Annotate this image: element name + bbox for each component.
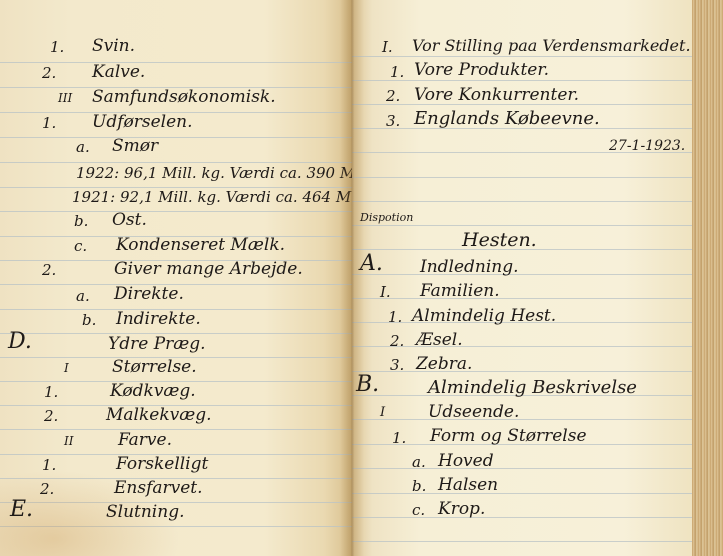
- outline-text: Kalve.: [92, 62, 145, 82]
- outline-text: Almindelig Hest.: [412, 306, 556, 326]
- outline-marker: a.: [76, 286, 90, 306]
- outline-marker: II: [64, 431, 73, 451]
- ruled-line: [352, 56, 692, 57]
- outline-marker: 1.: [42, 455, 56, 475]
- outline-text: Slutning.: [106, 502, 184, 522]
- outline-text: Vore Produkter.: [414, 60, 549, 80]
- disposition-label: Dispotion: [360, 208, 413, 228]
- outline-marker: 3.: [386, 111, 400, 131]
- outline-marker: 3.: [390, 355, 404, 375]
- ruled-line: [352, 177, 692, 178]
- ruled-line: [0, 137, 352, 138]
- outline-text: Englands Købeevne.: [414, 109, 600, 129]
- outline-marker: 1.: [390, 62, 404, 82]
- outline-text: Halsen: [438, 475, 498, 495]
- export-figure-1922: 1922: 96,1 Mill. kg. Værdi ca. 390 Mill.: [76, 163, 352, 183]
- outline-marker: I.: [380, 282, 391, 302]
- ruled-line: [352, 541, 692, 542]
- outline-marker: 2.: [42, 63, 56, 83]
- outline-marker: 1.: [42, 113, 56, 133]
- outline-text: Vore Konkurrenter.: [414, 85, 579, 105]
- outline-text: Almindelig Beskrivelse: [428, 378, 637, 398]
- outline-marker: 2.: [386, 86, 400, 106]
- ruled-line: [0, 211, 352, 212]
- ruled-line: [352, 298, 692, 299]
- outline-text: Æsel.: [416, 330, 463, 350]
- outline-marker: 1.: [392, 428, 406, 448]
- entry-date: 27-1-1923.: [609, 136, 685, 156]
- page-edges: [692, 0, 723, 556]
- outline-marker: I: [380, 403, 385, 423]
- outline-text: Kødkvæg.: [110, 381, 196, 401]
- essay-title: Hesten.: [462, 230, 537, 250]
- outline-text: Udseende.: [428, 402, 519, 422]
- outline-marker: 1.: [44, 382, 58, 402]
- outline-text: Form og Størrelse: [430, 426, 587, 446]
- outline-marker: b.: [82, 310, 96, 330]
- outline-marker: b.: [412, 476, 426, 496]
- ruled-line: [352, 493, 692, 494]
- ruled-line: [0, 429, 352, 430]
- section-marker: E.: [10, 500, 33, 520]
- outline-marker: I: [64, 358, 69, 378]
- outline-marker: 1.: [50, 37, 64, 57]
- outline-text: Vor Stilling paa Verdensmarkedet.: [412, 36, 691, 56]
- outline-text: Farve.: [118, 430, 172, 450]
- outline-marker: III: [58, 88, 72, 108]
- outline-text: Forskelligt: [116, 454, 208, 474]
- outline-text: Ydre Præg.: [108, 334, 206, 354]
- export-figure-1921: 1921: 92,1 Mill. kg. Værdi ca. 464 Mill.: [72, 187, 352, 207]
- outline-marker: b.: [74, 211, 88, 231]
- outline-text: Ost.: [112, 210, 147, 230]
- outline-text: Smør: [112, 136, 158, 156]
- outline-marker: a.: [76, 137, 90, 157]
- outline-text: Hoved: [438, 451, 494, 471]
- outline-text: Direkte.: [114, 284, 184, 304]
- outline-text: Udførselen.: [92, 112, 193, 132]
- book-spine: [340, 0, 364, 556]
- outline-marker: c.: [74, 236, 87, 256]
- outline-text: Zebra.: [416, 354, 472, 374]
- outline-marker: I.: [382, 37, 393, 57]
- outline-marker: 1.: [388, 307, 402, 327]
- left-notebook-page: 1. Svin. 2. Kalve. III Samfundsøkonomisk…: [0, 0, 352, 556]
- outline-marker: 2.: [44, 406, 58, 426]
- ruled-line: [352, 274, 692, 275]
- outline-text: Giver mange Arbejde.: [114, 259, 303, 279]
- outline-text: Samfundsøkonomisk.: [92, 87, 276, 107]
- outline-marker: 2.: [390, 331, 404, 351]
- outline-marker: 2.: [42, 260, 56, 280]
- outline-text: Indirekte.: [116, 309, 201, 329]
- outline-text: Indledning.: [420, 257, 519, 277]
- outline-text: Ensfarvet.: [114, 478, 203, 498]
- ruled-line: [352, 419, 692, 420]
- outline-text: Størrelse.: [112, 357, 197, 377]
- outline-marker: 2.: [40, 479, 54, 499]
- ruled-line: [352, 201, 692, 202]
- outline-text: Kondenseret Mælk.: [116, 235, 285, 255]
- section-marker: D.: [8, 332, 32, 352]
- outline-marker: c.: [412, 500, 425, 520]
- right-notebook-page: I. Vor Stilling paa Verdensmarkedet. 1. …: [352, 0, 692, 556]
- outline-text: Familien.: [420, 281, 500, 301]
- outline-text: Malkekvæg.: [106, 405, 212, 425]
- outline-text: Krop.: [438, 499, 485, 519]
- outline-marker: a.: [412, 452, 426, 472]
- outline-text: Svin.: [92, 36, 135, 56]
- ruled-line: [352, 517, 692, 518]
- ruled-line: [352, 468, 692, 469]
